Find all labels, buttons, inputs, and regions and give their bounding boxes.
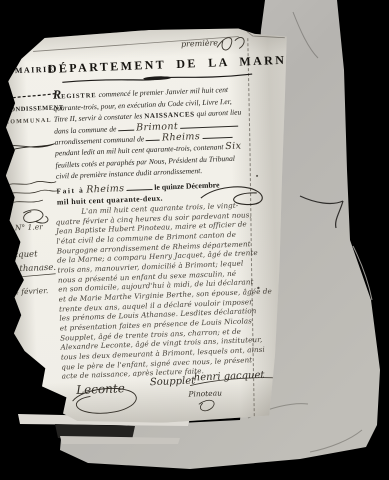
- title-rule-center: [143, 76, 171, 81]
- edge-strip-mid: [60, 436, 180, 444]
- naissances-word: NAISSANCES: [144, 110, 195, 120]
- fait-label: Fait à: [56, 186, 84, 196]
- birth-act-body: L'an mil huit cent quarante trois, le vi…: [55, 199, 285, 381]
- margin-communal-label: COMMUNAL: [5, 118, 52, 126]
- handwritten-annotation: première: [181, 38, 218, 48]
- scanned-register-photo: première MAIRIE ARRONDISSEMENT COMMUNAL …: [0, 0, 389, 480]
- signature-mayor: Pinoteau: [188, 388, 222, 398]
- fill-rule: [118, 124, 134, 132]
- fill-rule: [180, 120, 238, 129]
- signature-father: henri gacquet: [194, 370, 265, 384]
- fill-rule: [202, 131, 232, 139]
- signature-witness-leconte: Leconte: [76, 381, 125, 397]
- handwritten-count: Six: [225, 141, 242, 153]
- mayor-paraph: [199, 400, 215, 411]
- fill-rule: [146, 134, 160, 142]
- notice-text: qui auront lieu: [194, 108, 241, 119]
- register-page: première MAIRIE ARRONDISSEMENT COMMUNAL …: [0, 25, 305, 432]
- title-rule-ornament: [62, 74, 252, 83]
- printed-notice: REGISTRE commencé le premier Janvier mil…: [53, 82, 277, 208]
- act-number: N° 1.er: [15, 222, 43, 232]
- signature-witness-soupplet: Soupplet: [150, 375, 196, 388]
- fait-date: le quinze Décembre: [154, 181, 220, 192]
- fill-rule: [126, 183, 152, 191]
- lead-smallcaps: EGISTRE: [61, 92, 97, 100]
- page-title: DÉPARTEMENT DE LA MARNE.: [48, 53, 284, 77]
- premiere-paraph: [217, 37, 245, 50]
